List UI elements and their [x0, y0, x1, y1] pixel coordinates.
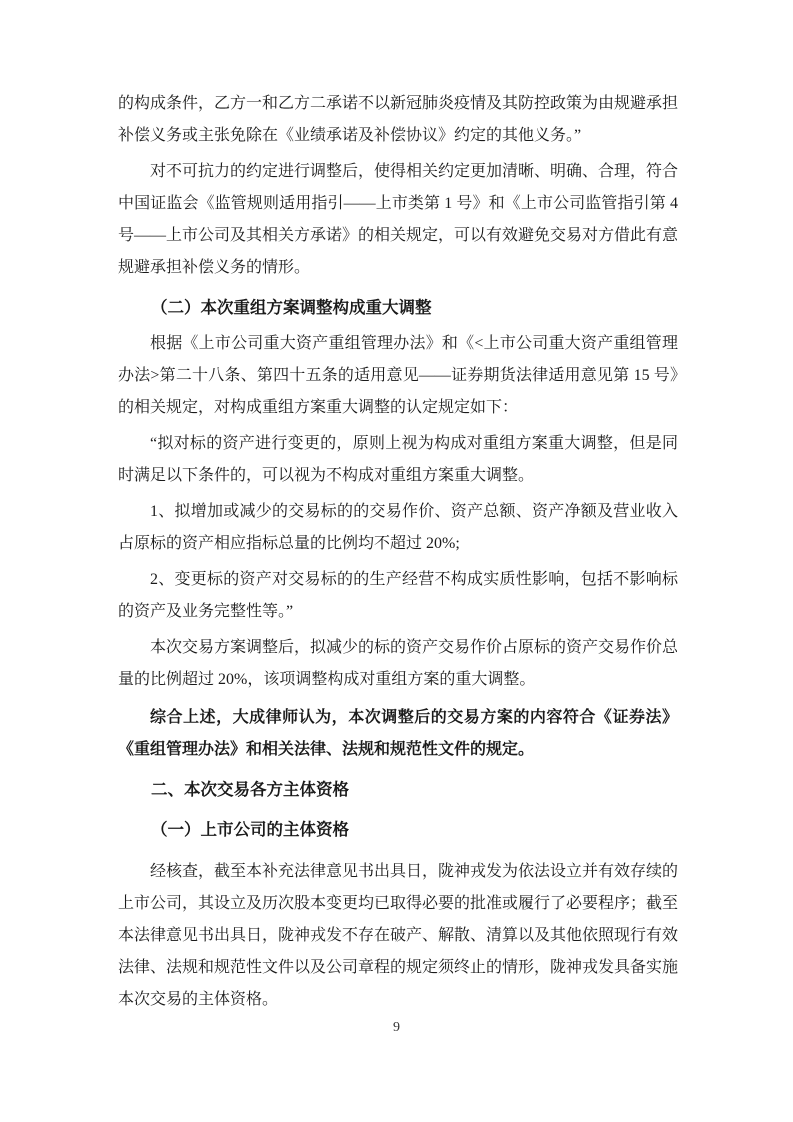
- chapter-heading-2-subject-qualification: 二、本次交易各方主体资格: [118, 774, 678, 806]
- paragraph: 本次交易方案调整后，拟减少的标的资产交易作价占原标的资产交易作价总量的比例超过 …: [118, 632, 678, 696]
- page-footer: 9: [0, 1020, 793, 1036]
- paragraph-continuation: 的构成条件，乙方一和乙方二承诺不以新冠肺炎疫情及其防控政策为由规避承担补偿义务或…: [118, 88, 678, 152]
- paragraph-lawyer-conclusion: 综合上述，大成律师认为，本次调整后的交易方案的内容符合《证券法》《重组管理办法》…: [118, 702, 678, 766]
- section-heading-2-restructure-adjustment: （二）本次重组方案调整构成重大调整: [118, 292, 678, 324]
- paragraph-list-item-1: 1、拟增加或减少的交易标的的交易作价、资产总额、资产净额及营业收入占原标的资产相…: [118, 496, 678, 560]
- paragraph-quote: “拟对标的资产进行变更的，原则上视为构成对重组方案重大调整，但是同时满足以下条件…: [118, 428, 678, 492]
- page-number: 9: [393, 1020, 400, 1035]
- paragraph: 经核查，截至本补充法律意见书出具日，陇神戎发为依法设立并有效存续的上市公司，其设…: [118, 856, 678, 1016]
- paragraph-list-item-2: 2、变更标的资产对交易标的的生产经营不构成实质性影响，包括不影响标的资产及业务完…: [118, 564, 678, 628]
- paragraph: 对不可抗力的约定进行调整后，使得相关约定更加清晰、明确、合理，符合中国证监会《监…: [118, 156, 678, 284]
- paragraph: 根据《上市公司重大资产重组管理办法》和《<上市公司重大资产重组管理办法>第二十八…: [118, 328, 678, 424]
- document-page: 的构成条件，乙方一和乙方二承诺不以新冠肺炎疫情及其防控政策为由规避承担补偿义务或…: [0, 0, 793, 1122]
- document-body: 的构成条件，乙方一和乙方二承诺不以新冠肺炎疫情及其防控政策为由规避承担补偿义务或…: [118, 88, 678, 1020]
- section-heading-1-listed-company-qualification: （一）上市公司的主体资格: [118, 814, 678, 846]
